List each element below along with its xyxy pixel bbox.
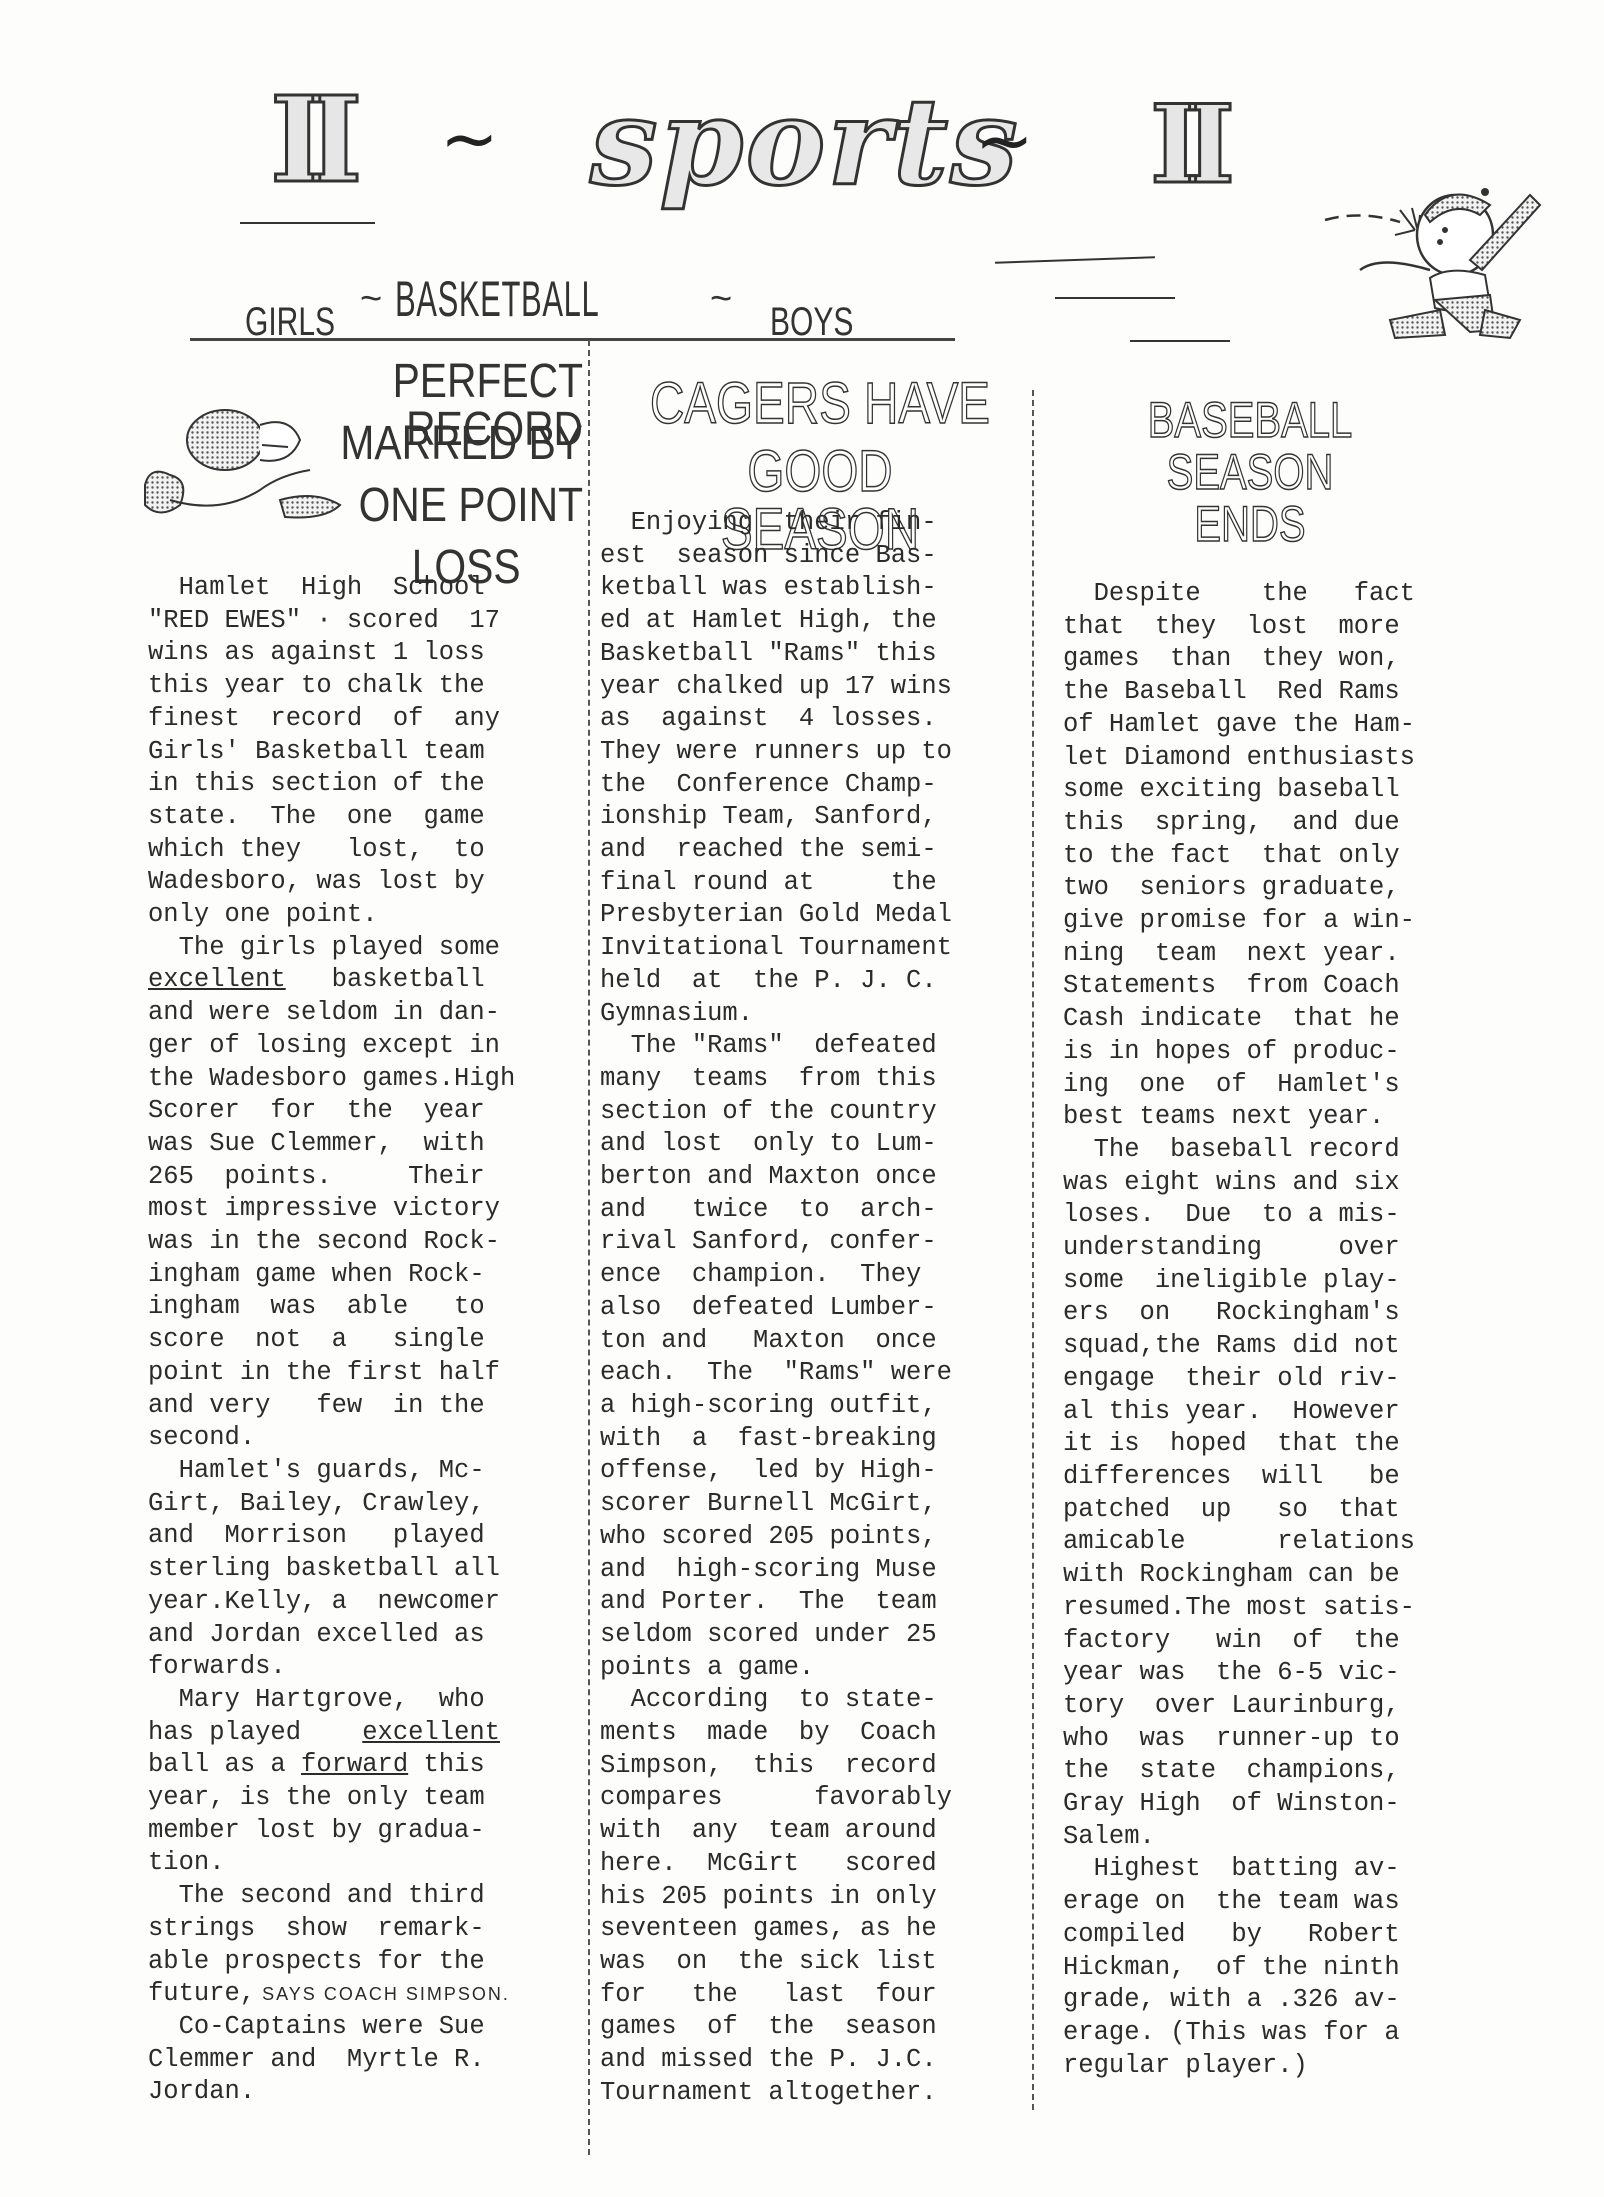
masthead-separator: ~ (975, 100, 1034, 182)
body-line: Enjoying their fin- (600, 507, 952, 540)
body-line: ingham game when Rock- (148, 1259, 515, 1292)
body-line: finest record of any (148, 703, 515, 736)
body-line: Girls' Basketball team (148, 736, 515, 769)
body-line: loses. Due to a mis- (1063, 1199, 1415, 1232)
body-line: Highest batting av- (1063, 1853, 1415, 1886)
body-line: ing one of Hamlet's (1063, 1069, 1415, 1102)
headline-line: SEASON (1130, 447, 1370, 499)
body-line: member lost by gradua- (148, 1815, 515, 1848)
body-line: ball as a forward this (148, 1749, 515, 1782)
body-line: seldom scored under 25 (600, 1619, 952, 1652)
body-line: for the last four (600, 1979, 952, 2012)
body-line: and lost only to Lum- (600, 1128, 952, 1161)
body-line: and reached the semi- (600, 834, 952, 867)
body-line: They were runners up to (600, 736, 952, 769)
body-line: and twice to arch- (600, 1194, 952, 1227)
body-line: Simpson, this record (600, 1750, 952, 1783)
body-line: regular player.) (1063, 2050, 1415, 2083)
body-line: who scored 205 points, (600, 1521, 952, 1554)
body-line: ton and Maxton once (600, 1325, 952, 1358)
body-line: his 205 points in only (600, 1881, 952, 1914)
masthead-left-numeral: II (270, 70, 344, 209)
body-line: the Conference Champ- (600, 769, 952, 802)
body-line: held at the P. J. C. (600, 965, 952, 998)
section-header-basketball: BASKETBALL (395, 270, 599, 328)
body-line: with any team around (600, 1815, 952, 1848)
body-line: with a fast-breaking (600, 1423, 952, 1456)
body-line: wins as against 1 loss (148, 637, 515, 670)
headline-line: GOOD SEASON (648, 443, 992, 511)
body-line: erage on the team was (1063, 1886, 1415, 1919)
body-line: offense, led by High- (600, 1455, 952, 1488)
body-line: games than they won, (1063, 643, 1415, 676)
body-line: state. The one game (148, 801, 515, 834)
body-line: to the fact that only (1063, 840, 1415, 873)
column-divider (1032, 390, 1034, 2110)
body-line: point in the first half (148, 1357, 515, 1390)
section-header-separator: ~ (360, 278, 382, 321)
body-line: Invitational Tournament (600, 932, 952, 965)
decorative-rule (995, 256, 1155, 264)
column-divider (588, 340, 590, 2155)
body-line: patched up so that (1063, 1494, 1415, 1527)
body-line: Statements from Coach (1063, 970, 1415, 1003)
body-line: and very few in the (148, 1390, 515, 1423)
body-line: Co-Captains were Sue (148, 2011, 515, 2044)
body-line: score not a single (148, 1324, 515, 1357)
body-line: has played excellent (148, 1717, 515, 1750)
body-line: many teams from this (600, 1063, 952, 1096)
body-line: let Diamond enthusiasts (1063, 742, 1415, 775)
article-2-body: Enjoying their fin-est season since Bas-… (600, 507, 952, 2109)
body-line: and Jordan excelled as (148, 1619, 515, 1652)
headline-line: BASEBALL (1130, 395, 1370, 447)
body-line: amicable relations (1063, 1526, 1415, 1559)
body-line: Clemmer and Myrtle R. (148, 2044, 515, 2077)
section-header-rule (190, 338, 955, 341)
body-line: Girt, Bailey, Crawley, (148, 1488, 515, 1521)
decorative-rule (1055, 297, 1175, 299)
body-line: erage. (This was for a (1063, 2017, 1415, 2050)
body-line: The girls played some (148, 932, 515, 965)
body-line: scorer Burnell McGirt, (600, 1488, 952, 1521)
body-line: best teams next year. (1063, 1101, 1415, 1134)
body-line: and were seldom in dan- (148, 997, 515, 1030)
handwritten-note: SAYS COACH SIMPSON. (255, 1984, 510, 2004)
body-line: Tournament altogether. (600, 2077, 952, 2110)
body-line: two seniors graduate, (1063, 872, 1415, 905)
body-line: of Hamlet gave the Ham- (1063, 709, 1415, 742)
masthead-separator: ~ (440, 98, 499, 180)
headline-line: MARRED BY (247, 420, 583, 482)
body-line: engage their old riv- (1063, 1363, 1415, 1396)
body-line: According to state- (600, 1684, 952, 1717)
section-header-separator: ~ (710, 278, 732, 321)
body-line: the Baseball Red Rams (1063, 676, 1415, 709)
body-line: future, SAYS COACH SIMPSON. (148, 1978, 515, 2011)
body-line: Cash indicate that he (1063, 1003, 1415, 1036)
body-line: "RED EWES" · scored 17 (148, 605, 515, 638)
body-line: games of the season (600, 2011, 952, 2044)
body-line: most impressive victory (148, 1193, 515, 1226)
body-line: a high-scoring outfit, (600, 1390, 952, 1423)
body-line: Mary Hartgrove, who (148, 1684, 515, 1717)
body-line: ers on Rockingham's (1063, 1297, 1415, 1330)
body-line: also defeated Lumber- (600, 1292, 952, 1325)
headline-line: CAGERS HAVE (648, 375, 992, 443)
headline-line: ENDS (1130, 499, 1370, 551)
decorative-rule (1130, 340, 1230, 342)
body-line: some ineligible play- (1063, 1265, 1415, 1298)
body-line: is in hopes of produc- (1063, 1036, 1415, 1069)
body-line: Presbyterian Gold Medal (600, 899, 952, 932)
body-line: ning team next year. (1063, 938, 1415, 971)
body-line: year chalked up 17 wins (600, 671, 952, 704)
body-line: and high-scoring Muse (600, 1554, 952, 1587)
body-line: final round at the (600, 867, 952, 900)
body-line: this spring, and due (1063, 807, 1415, 840)
decorative-rule (240, 222, 375, 224)
body-line: was eight wins and six (1063, 1167, 1415, 1200)
body-line: Salem. (1063, 1821, 1415, 1854)
body-line: only one point. (148, 899, 515, 932)
body-line: Hamlet's guards, Mc- (148, 1455, 515, 1488)
body-line: give promise for a win- (1063, 905, 1415, 938)
body-line: year, is the only team (148, 1782, 515, 1815)
body-line: seventeen games, as he (600, 1913, 952, 1946)
body-line: here. McGirt scored (600, 1848, 952, 1881)
body-line: was Sue Clemmer, with (148, 1128, 515, 1161)
body-line: ketball was establish- (600, 572, 952, 605)
body-line: strings show remark- (148, 1913, 515, 1946)
body-line: second. (148, 1422, 515, 1455)
body-line: est season since Bas- (600, 540, 952, 573)
body-line: and Porter. The team (600, 1586, 952, 1619)
headline-line: ONE POINT (247, 482, 583, 544)
body-line: Despite the fact (1063, 578, 1415, 611)
body-line: Scorer for the year (148, 1095, 515, 1128)
body-line: factory win of the (1063, 1625, 1415, 1658)
body-line: tory over Laurinburg, (1063, 1690, 1415, 1723)
body-line: tion. (148, 1847, 515, 1880)
body-line: rival Sanford, confer- (600, 1226, 952, 1259)
body-line: excellent basketball (148, 964, 515, 997)
body-line: year was the 6-5 vic- (1063, 1657, 1415, 1690)
body-line: Hamlet High School (148, 572, 515, 605)
body-line: understanding over (1063, 1232, 1415, 1265)
body-line: the Wadesboro games.High (148, 1063, 515, 1096)
masthead-right-numeral: II (1150, 82, 1219, 208)
body-line: points a game. (600, 1652, 952, 1685)
body-line: ingham was able to (148, 1291, 515, 1324)
article-2-headline: CAGERS HAVE GOOD SEASON (610, 375, 1030, 511)
body-line: which they lost, to (148, 834, 515, 867)
body-line: ger of losing except in (148, 1030, 515, 1063)
article-3-body: Despite the factthat they lost moregames… (1063, 578, 1415, 2082)
body-line: each. The "Rams" were (600, 1357, 952, 1390)
body-line: Wadesboro, was lost by (148, 866, 515, 899)
body-line: Jordan. (148, 2076, 515, 2109)
body-line: ed at Hamlet High, the (600, 605, 952, 638)
body-line: The baseball record (1063, 1134, 1415, 1167)
body-line: and missed the P. J.C. (600, 2044, 952, 2077)
baseball-batter-cartoon-icon (1320, 160, 1550, 340)
body-line: sterling basketball all (148, 1553, 515, 1586)
body-line: and Morrison played (148, 1520, 515, 1553)
body-line: section of the country (600, 1096, 952, 1129)
body-line: this year to chalk the (148, 670, 515, 703)
body-line: squad,the Rams did not (1063, 1330, 1415, 1363)
body-line: berton and Maxton once (600, 1161, 952, 1194)
masthead-title: sports (590, 72, 1020, 213)
body-line: Gymnasium. (600, 998, 952, 1031)
body-line: differences will be (1063, 1461, 1415, 1494)
body-line: Hickman, of the ninth (1063, 1952, 1415, 1985)
body-line: in this section of the (148, 768, 515, 801)
headline-line: PERFECT RECORD (247, 358, 583, 420)
body-line: with Rockingham can be (1063, 1559, 1415, 1592)
body-line: al this year. However (1063, 1396, 1415, 1429)
body-line: year.Kelly, a newcomer (148, 1586, 515, 1619)
body-line: compares favorably (600, 1782, 952, 1815)
body-line: Basketball "Rams" this (600, 638, 952, 671)
body-line: able prospects for the (148, 1946, 515, 1979)
body-line: some exciting baseball (1063, 774, 1415, 807)
body-line: ence champion. They (600, 1259, 952, 1292)
body-line: The "Rams" defeated (600, 1030, 952, 1063)
body-line: grade, with a .326 av- (1063, 1984, 1415, 2017)
body-line: Gray High of Winston- (1063, 1788, 1415, 1821)
body-line: as against 4 losses. (600, 703, 952, 736)
body-line: resumed.The most satis- (1063, 1592, 1415, 1625)
body-line: 265 points. Their (148, 1161, 515, 1194)
article-1-headline: PERFECT RECORD MARRED BY ONE POINT LOSS (188, 358, 583, 606)
body-line: compiled by Robert (1063, 1919, 1415, 1952)
body-line: was on the sick list (600, 1946, 952, 1979)
body-line: was in the second Rock- (148, 1226, 515, 1259)
body-line: ments made by Coach (600, 1717, 952, 1750)
body-line: it is hoped that the (1063, 1428, 1415, 1461)
article-1-body: Hamlet High School"RED EWES" · scored 17… (148, 572, 515, 2109)
body-line: who was runner-up to (1063, 1723, 1415, 1756)
body-line: the state champions, (1063, 1755, 1415, 1788)
body-line: ionship Team, Sanford, (600, 801, 952, 834)
newsletter-page: II ~ sports ~ II GIRLS ~ BASKETBALL ~ BO… (0, 0, 1604, 2197)
body-line: that they lost more (1063, 611, 1415, 644)
body-line: forwards. (148, 1651, 515, 1684)
article-3-headline: BASEBALL SEASON ENDS (1100, 395, 1400, 551)
body-line: The second and third (148, 1880, 515, 1913)
